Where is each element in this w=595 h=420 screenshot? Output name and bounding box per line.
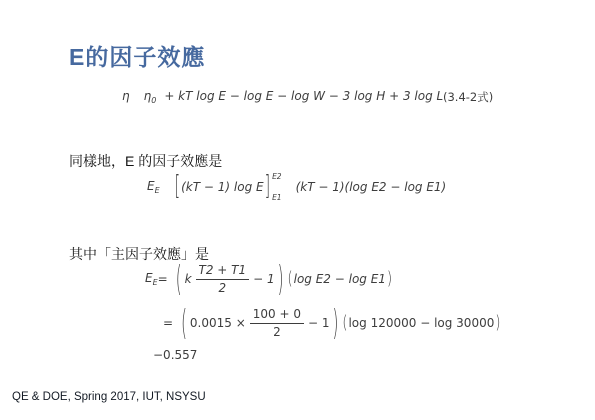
- close-paren: ): [333, 302, 339, 343]
- log-difference-term: log E2 − log E1: [294, 272, 386, 286]
- eq2-lhs-subscript: E: [155, 186, 160, 195]
- eq2-lhs: EE: [147, 179, 160, 195]
- close-bracket: ]: [265, 172, 270, 202]
- open-paren: (: [288, 269, 293, 289]
- slide: E的因子效應 ηη0+ kT log E − log E − log W − 3…: [0, 0, 595, 420]
- equation-factor-effect: EE [ (kT − 1) log E ] E2 E1 (kT − 1)(log…: [147, 172, 446, 202]
- fraction-t-levels: T2 + T1 2: [196, 263, 250, 296]
- slide-footer: QE & DOE, Spring 2017, IUT, NSYSU: [12, 391, 206, 403]
- equation-sn-ratio: ηη0+ kT log E − log E − log W − 3 log H …: [122, 89, 443, 105]
- page-title: E的因子效應: [69, 39, 205, 72]
- equation-main-effect-line1: EE = ( k T2 + T1 2 − 1 ) ( log E2 − log …: [145, 258, 501, 300]
- coefficient-k: k: [185, 272, 192, 286]
- minus-one-term: − 1: [308, 316, 330, 330]
- open-paren: (: [181, 302, 187, 343]
- eq3-lhs: EE: [145, 271, 158, 287]
- eq1-rhs-rest: + kT log E − log E − log W − 3 log H + 3…: [164, 89, 443, 103]
- coefficient-value: 0.0015 ×: [190, 316, 246, 330]
- eq1-lhs: η: [122, 89, 130, 103]
- close-paren: ): [495, 313, 500, 333]
- fraction-numerator: T2 + T1: [196, 263, 250, 280]
- bracket-limits: E2 E1: [272, 173, 282, 201]
- equation-main-effect: EE = ( k T2 + T1 2 − 1 ) ( log E2 − log …: [145, 258, 501, 364]
- equation-number-label: (3.4-2式): [443, 89, 493, 105]
- open-paren: (: [176, 258, 182, 299]
- close-paren: ): [387, 269, 392, 289]
- lower-limit: E1: [272, 194, 282, 202]
- eq2-rhs: (kT − 1)(log E2 − log E1): [296, 180, 447, 194]
- fraction-numerator: 100 + 0: [250, 307, 304, 324]
- eq2-lhs-base: E: [147, 179, 155, 193]
- open-bracket: [: [175, 172, 180, 202]
- eq3-lhs-base: E: [145, 271, 153, 285]
- open-paren: (: [342, 313, 347, 333]
- upper-limit: E2: [272, 173, 282, 181]
- text-similarly-intro: 同樣地，E 的因子效應是: [69, 151, 222, 171]
- equation-main-effect-line2: = ( 0.0015 × 100 + 0 2 − 1 ) ( log 12000…: [163, 302, 501, 344]
- eq2-bracket-body: (kT − 1) log E: [181, 180, 263, 194]
- eq1-rhs-subscript: 0: [151, 96, 156, 105]
- fraction-denominator: 2: [196, 280, 250, 296]
- log-difference-values: log 120000 − log 30000: [348, 316, 494, 330]
- close-paren: ): [278, 258, 284, 299]
- result-value: −0.557: [153, 348, 197, 362]
- equals-sign: =: [163, 316, 173, 330]
- equation-main-effect-result: −0.557: [153, 346, 501, 364]
- fraction-denominator: 2: [250, 324, 304, 340]
- fraction-t-values: 100 + 0 2: [250, 307, 304, 340]
- equals-sign: =: [158, 272, 168, 286]
- minus-one-term: − 1: [253, 272, 275, 286]
